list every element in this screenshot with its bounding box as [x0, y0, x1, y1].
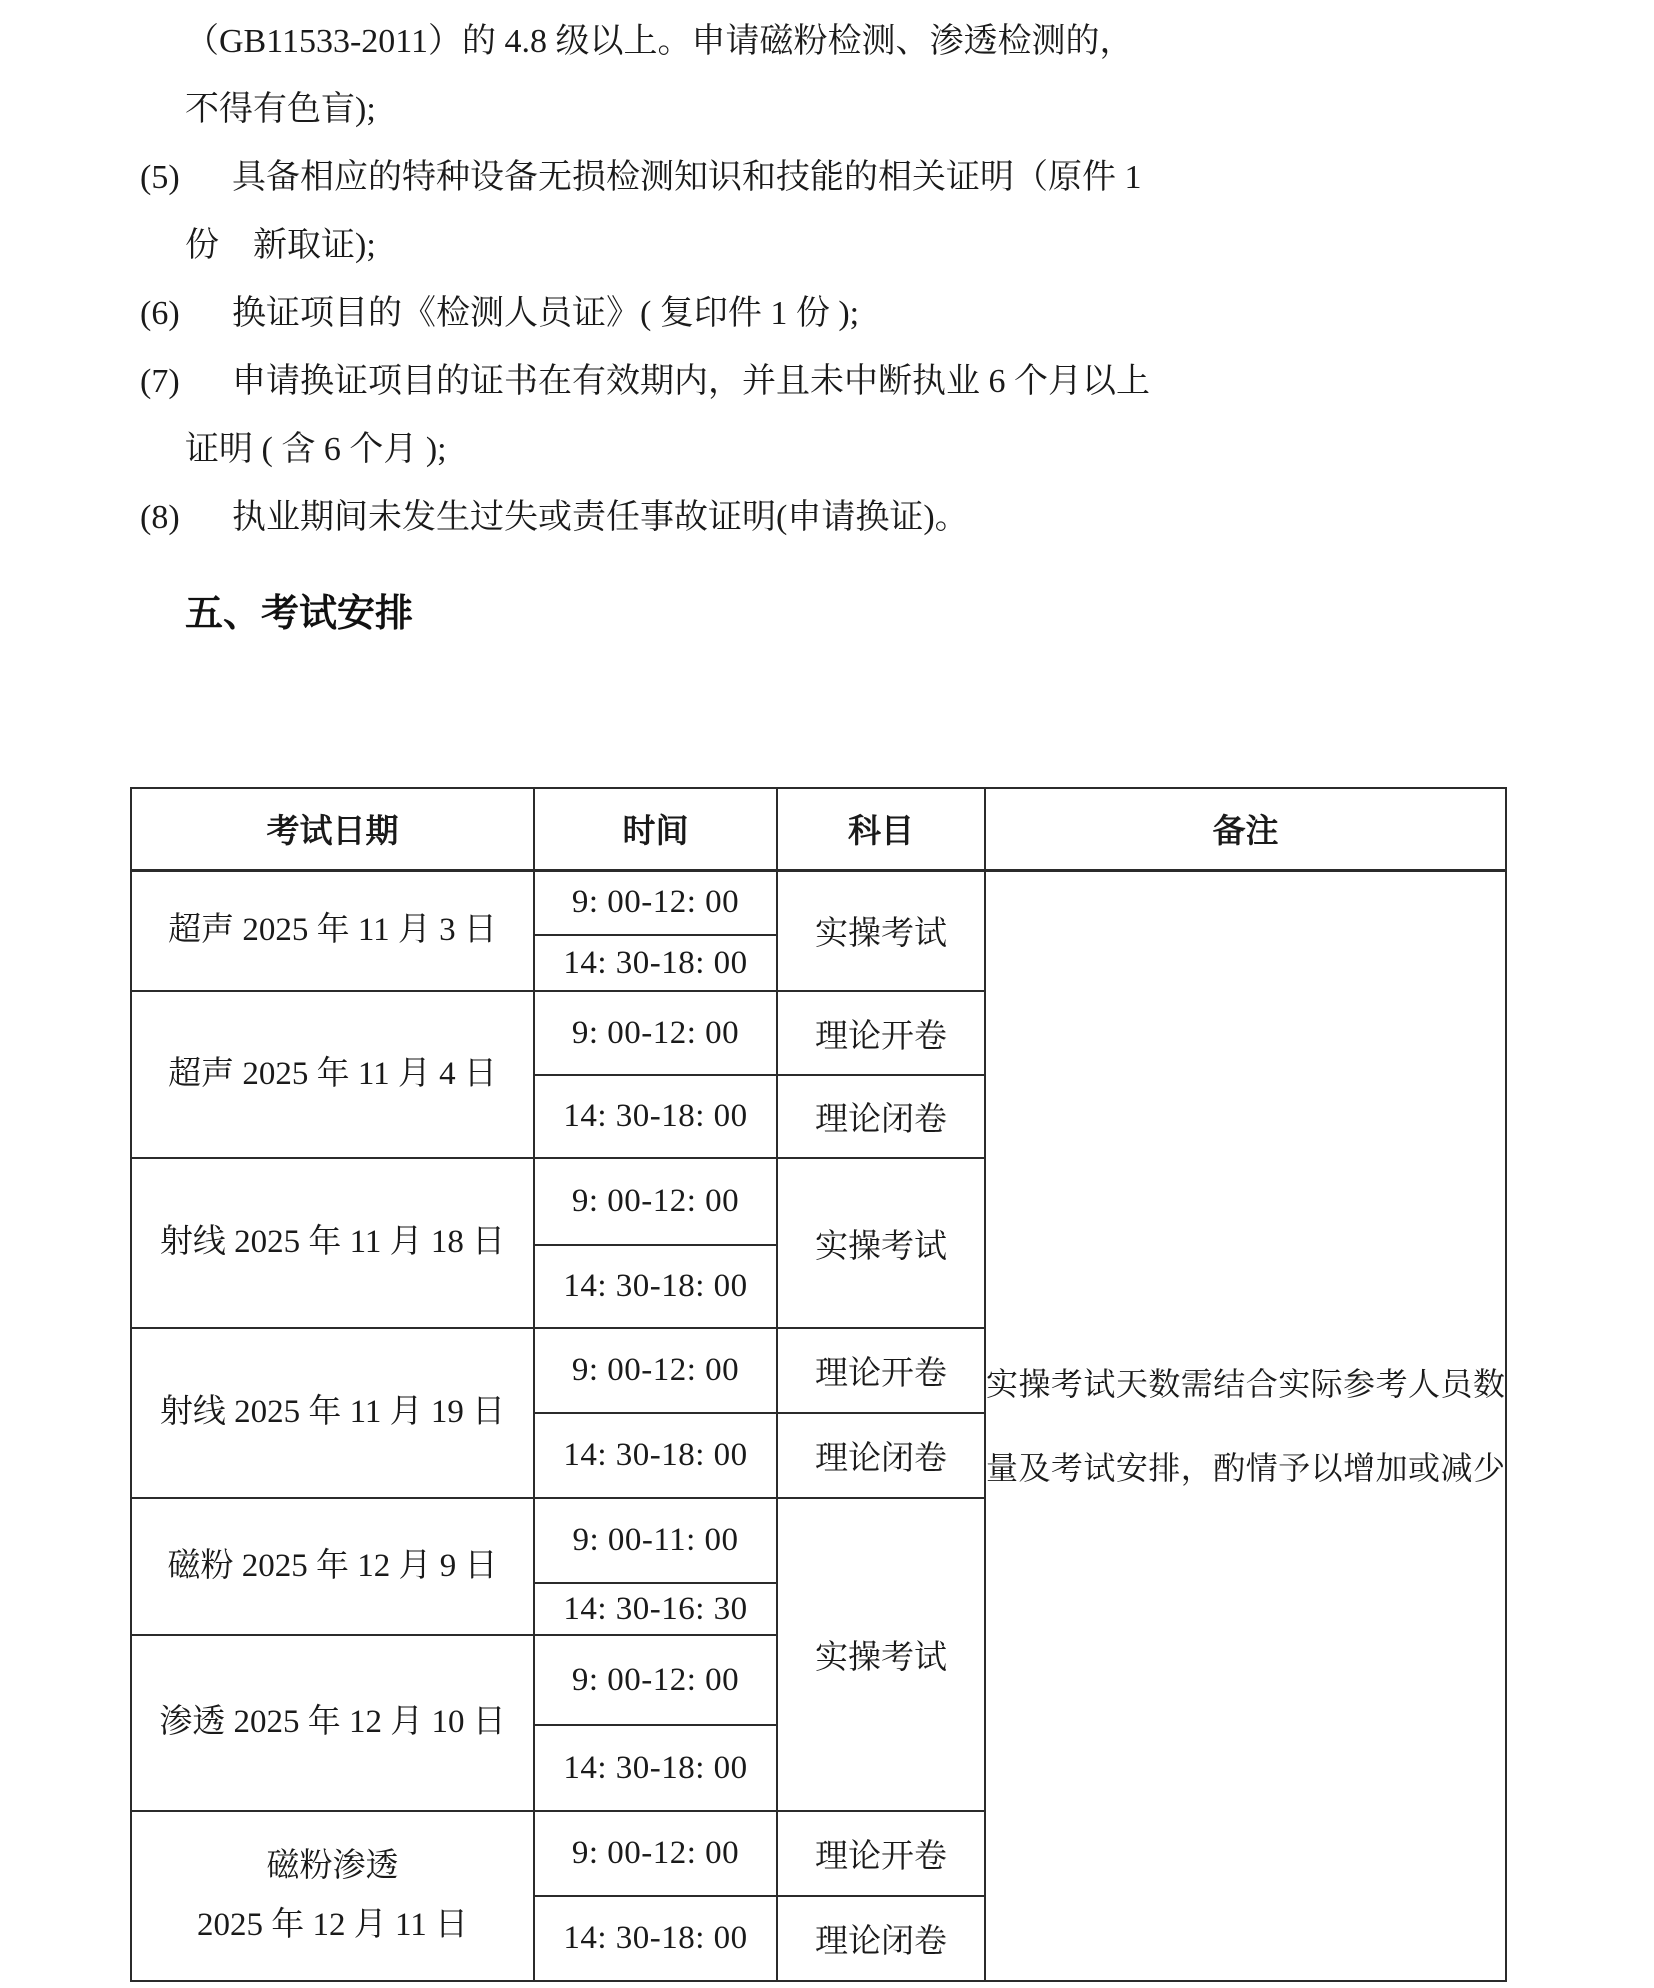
time-cell: 9: 00-11: 00 [534, 1498, 777, 1583]
list-item-marker: (5) [140, 144, 232, 212]
list-item-text: 执业期间未发生过失或责任事故证明(申请换证)。 [232, 484, 969, 552]
remark-text-line: 量及考试安排，酌情予以增加或减少 [986, 1426, 1505, 1510]
exam-schedule-table: 考试日期 时间 科目 备注 超声 2025 年 11 月 3 日 9: 00-1… [130, 787, 1507, 1982]
list-item-text: 换证项目的《检测人员证》( 复印件 1 份 ); [232, 280, 859, 348]
exam-date-cell: 磁粉渗透 2025 年 12 月 11 日 [131, 1811, 534, 1981]
time-cell: 9: 00-12: 00 [534, 1811, 777, 1896]
paragraph-line: 份 新取证); [185, 212, 1534, 280]
header-subject: 科目 [777, 788, 985, 870]
table-row: 超声 2025 年 11 月 3 日 9: 00-12: 00 实操考试 实操考… [131, 870, 1506, 935]
time-cell: 14: 30-18: 00 [534, 1413, 777, 1498]
list-item-7: (7) 申请换证项目的证书在有效期内，并且未中断执业 6 个月以上 [140, 348, 1534, 416]
time-cell: 14: 30-18: 00 [534, 1075, 777, 1158]
time-cell: 14: 30-18: 00 [534, 1725, 777, 1811]
subject-cell: 实操考试 [777, 1498, 985, 1811]
paragraph-line: 不得有色盲); [185, 76, 1534, 144]
subject-cell: 理论开卷 [777, 1328, 985, 1413]
requirements-list: （GB11533-2011）的 4.8 级以上。申请磁粉检测、渗透检测的， 不得… [130, 8, 1534, 552]
subject-cell: 理论开卷 [777, 1811, 985, 1896]
header-exam-date: 考试日期 [131, 788, 534, 870]
list-item-8: (8) 执业期间未发生过失或责任事故证明(申请换证)。 [140, 484, 1534, 552]
list-item-5: (5) 具备相应的特种设备无损检测知识和技能的相关证明（原件 1 [140, 144, 1534, 212]
time-cell: 14: 30-16: 30 [534, 1583, 777, 1635]
list-item-marker: (7) [140, 348, 232, 416]
time-cell: 14: 30-18: 00 [534, 1245, 777, 1328]
time-cell: 9: 00-12: 00 [534, 1328, 777, 1413]
subject-cell: 理论闭卷 [777, 1896, 985, 1981]
exam-date-cell: 渗透 2025 年 12 月 10 日 [131, 1635, 534, 1811]
document-page: （GB11533-2011）的 4.8 级以上。申请磁粉检测、渗透检测的， 不得… [0, 0, 1654, 1988]
list-item-text: 具备相应的特种设备无损检测知识和技能的相关证明（原件 1 [232, 144, 1142, 212]
section-heading: 五、考试安排 [185, 582, 1534, 637]
subject-cell: 理论闭卷 [777, 1413, 985, 1498]
exam-date-cell: 超声 2025 年 11 月 4 日 [131, 991, 534, 1158]
time-cell: 9: 00-12: 00 [534, 991, 777, 1075]
exam-date-cell: 磁粉 2025 年 12 月 9 日 [131, 1498, 534, 1635]
list-item-marker: (8) [140, 484, 232, 552]
header-time: 时间 [534, 788, 777, 870]
time-cell: 9: 00-12: 00 [534, 1158, 777, 1245]
exam-date-cell: 超声 2025 年 11 月 3 日 [131, 870, 534, 991]
remark-text-line: 实操考试天数需结合实际参考人员数 [986, 1342, 1505, 1426]
paragraph-line: 证明 ( 含 6 个月 ); [185, 416, 1534, 484]
exam-date-cell: 射线 2025 年 11 月 18 日 [131, 1158, 534, 1328]
list-item-marker: (6) [140, 280, 232, 348]
list-item-text: 申请换证项目的证书在有效期内，并且未中断执业 6 个月以上 [232, 348, 1150, 416]
remark-cell: 实操考试天数需结合实际参考人员数 量及考试安排，酌情予以增加或减少 [985, 870, 1506, 1981]
paragraph-line: （GB11533-2011）的 4.8 级以上。申请磁粉检测、渗透检测的， [185, 8, 1534, 76]
exam-date-cell: 射线 2025 年 11 月 19 日 [131, 1328, 534, 1498]
time-cell: 9: 00-12: 00 [534, 870, 777, 935]
time-cell: 14: 30-18: 00 [534, 1896, 777, 1981]
list-item-6: (6) 换证项目的《检测人员证》( 复印件 1 份 ); [140, 280, 1534, 348]
subject-cell: 实操考试 [777, 1158, 985, 1328]
header-remark: 备注 [985, 788, 1506, 870]
subject-cell: 理论闭卷 [777, 1075, 985, 1158]
table-header-row: 考试日期 时间 科目 备注 [131, 788, 1506, 870]
time-cell: 14: 30-18: 00 [534, 935, 777, 991]
subject-cell: 实操考试 [777, 870, 985, 991]
time-cell: 9: 00-12: 00 [534, 1635, 777, 1725]
subject-cell: 理论开卷 [777, 991, 985, 1075]
